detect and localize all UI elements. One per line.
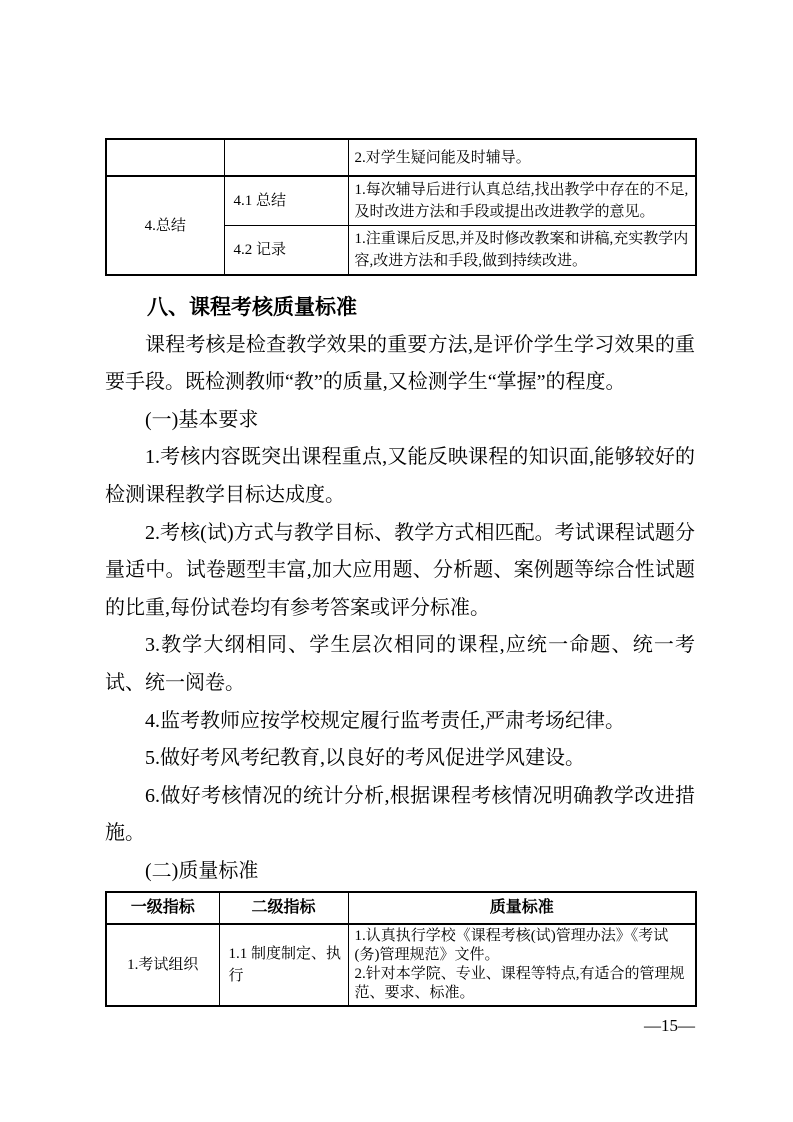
- criteria-cell: 1.认真执行学校《课程考核(试)管理办法》《考试(务)管理规范》文件。 2.针对…: [348, 924, 696, 1006]
- teaching-summary-table: 2.对学生疑问能及时辅导。 4.总结 4.1 总结 1.每次辅导后进行认真总结,…: [105, 138, 697, 276]
- level2-cell: [224, 139, 348, 176]
- quality-standard-table: 一级指标 二级指标 质量标准 1.考试组织 1.1 制度制定、执行 1.认真执行…: [105, 891, 697, 1007]
- subsection-1-heading: (一)基本要求: [105, 402, 695, 440]
- list-item-1: 1.考核内容既突出课程重点,又能反映课程的知识面,能够较好的检测课程教学目标达成…: [105, 439, 695, 514]
- level1-cell: 4.总结: [106, 176, 224, 275]
- section-heading: 八、课程考核质量标准: [105, 289, 695, 327]
- criteria-line-2: 2.针对本学院、专业、课程等特点,有适合的管理规范、要求、标准。: [355, 965, 690, 1003]
- table-row: 4.总结 4.1 总结 1.每次辅导后进行认真总结,找出教学中存在的不足,及时改…: [106, 176, 696, 226]
- level2-cell: 4.1 总结: [224, 176, 348, 226]
- criteria-cell: 1.每次辅导后进行认真总结,找出教学中存在的不足,及时改进方法和手段或提出改进教…: [348, 176, 696, 226]
- table-row: 2.对学生疑问能及时辅导。: [106, 139, 696, 176]
- table-header-row: 一级指标 二级指标 质量标准: [106, 892, 696, 924]
- subsection-2-heading: (二)质量标准: [105, 853, 695, 891]
- header-level2: 二级指标: [219, 892, 348, 924]
- level1-cell: [106, 139, 224, 176]
- header-level1: 一级指标: [106, 892, 219, 924]
- list-item-6: 6.做好考核情况的统计分析,根据课程考核情况明确教学改进措施。: [105, 778, 695, 853]
- level1-cell: 1.考试组织: [106, 924, 219, 1006]
- table-row: 1.考试组织 1.1 制度制定、执行 1.认真执行学校《课程考核(试)管理办法》…: [106, 924, 696, 1006]
- document-page: 2.对学生疑问能及时辅导。 4.总结 4.1 总结 1.每次辅导后进行认真总结,…: [0, 0, 793, 1122]
- page-number: —15—: [105, 1016, 695, 1036]
- header-criteria: 质量标准: [348, 892, 696, 924]
- intro-paragraph: 课程考核是检查教学效果的重要方法,是评价学生学习效果的重要手段。既检测教师“教”…: [105, 327, 695, 402]
- level2-cell: 1.1 制度制定、执行: [219, 924, 348, 1006]
- list-item-3: 3.教学大纲相同、学生层次相同的课程,应统一命题、统一考试、统一阅卷。: [105, 627, 695, 702]
- criteria-cell: 2.对学生疑问能及时辅导。: [348, 139, 696, 176]
- page-content: 2.对学生疑问能及时辅导。 4.总结 4.1 总结 1.每次辅导后进行认真总结,…: [105, 138, 695, 1036]
- criteria-cell: 1.注重课后反思,并及时修改教案和讲稿,充实教学内容,改进方法和手段,做到持续改…: [348, 226, 696, 276]
- list-item-2: 2.考核(试)方式与教学目标、教学方式相匹配。考试课程试题分量适中。试卷题型丰富…: [105, 515, 695, 628]
- level2-cell: 4.2 记录: [224, 226, 348, 276]
- list-item-5: 5.做好考风考纪教育,以良好的考风促进学风建设。: [105, 740, 695, 778]
- criteria-line-1: 1.认真执行学校《课程考核(试)管理办法》《考试(务)管理规范》文件。: [355, 927, 690, 965]
- list-item-4: 4.监考教师应按学校规定履行监考责任,严肃考场纪律。: [105, 703, 695, 741]
